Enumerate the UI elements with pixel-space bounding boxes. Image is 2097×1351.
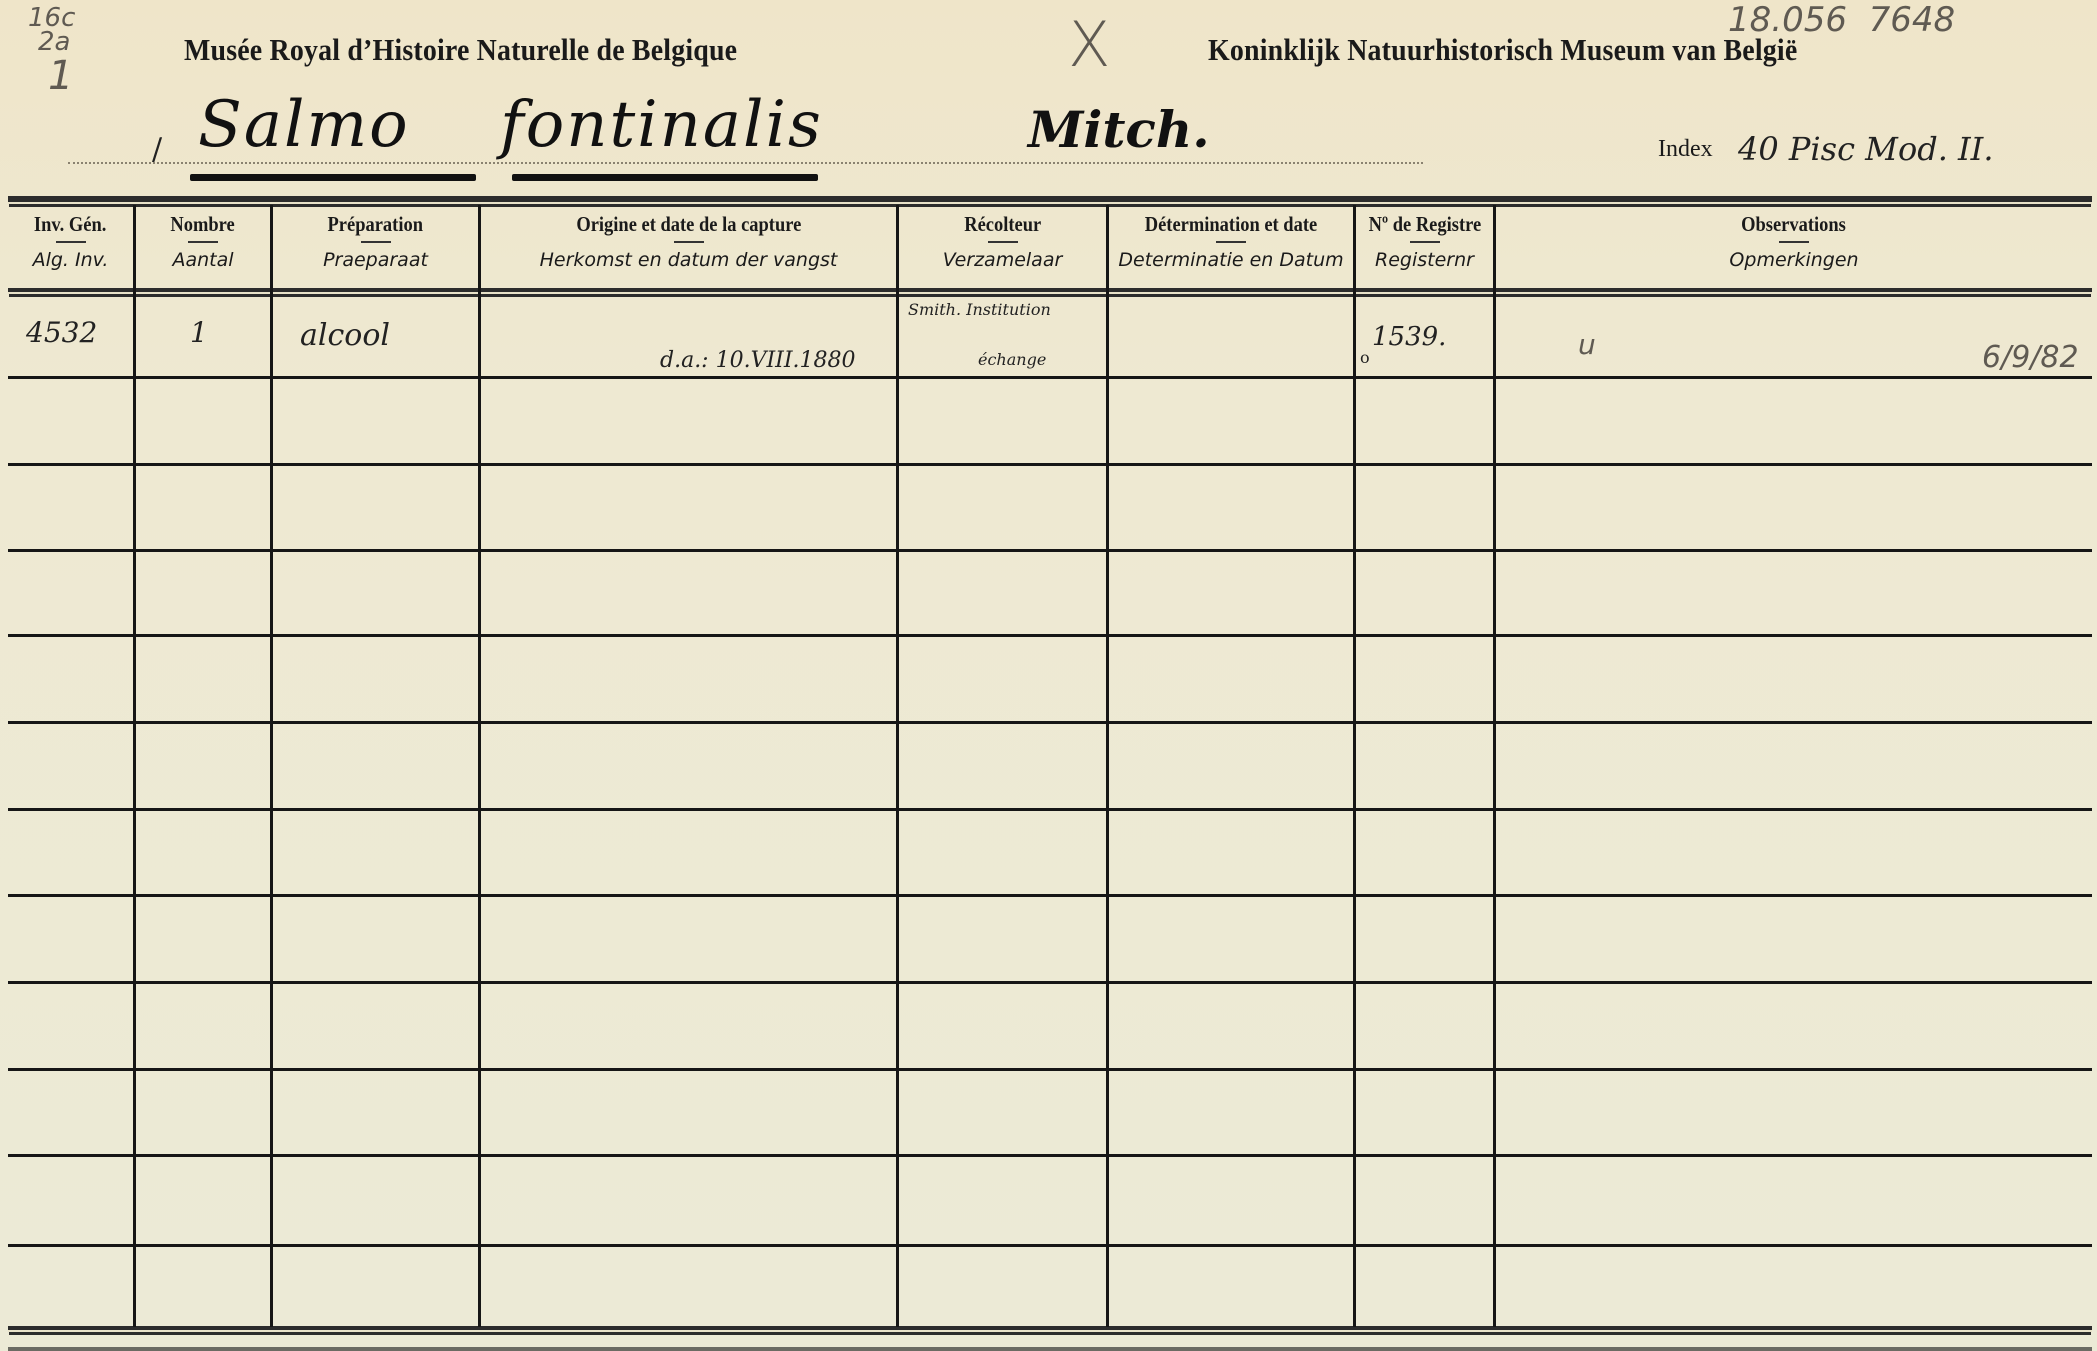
column-divider — [1106, 205, 1109, 1327]
row-rule — [8, 808, 2092, 811]
cell-registre-mark: o — [1360, 348, 1370, 367]
index-label: Index — [1658, 136, 1713, 163]
header-dash — [361, 241, 391, 243]
header-dash — [1779, 241, 1809, 243]
header-label-fr: Détermination et date — [1145, 212, 1317, 237]
header-dash — [674, 241, 704, 243]
species-epithet: fontinalis — [500, 88, 823, 162]
row-rule — [8, 463, 2092, 466]
cell-inv: 4532 — [26, 316, 97, 349]
column-header-inv: Inv. Gén. Alg. Inv. — [8, 212, 133, 288]
row-rule — [8, 376, 2092, 379]
header-label-nl: Verzamelaar — [943, 249, 1063, 271]
header-label-fr: Récolteur — [964, 212, 1041, 237]
museum-name-dutch: Koninklijk Natuurhistorisch Museum van B… — [1208, 32, 1797, 68]
cell-registre: 1539. — [1372, 322, 1446, 352]
page-bottom-rule — [8, 1347, 2092, 1351]
row-rule — [8, 1154, 2092, 1157]
header-label-fr: Nombre — [171, 212, 235, 237]
row-rule — [8, 634, 2092, 637]
cell-origine: d.a.: 10.VIII.1880 — [660, 348, 856, 373]
header-label-fr: Nº de Registre — [1368, 212, 1481, 237]
column-header-determination: Détermination et date Determinatie en Da… — [1109, 212, 1353, 288]
column-header-nombre: Nombre Aantal — [136, 212, 270, 288]
pencil-catalog-number: 18.056 7648 — [1728, 0, 1955, 40]
cell-observations-mark: u — [1578, 328, 1596, 361]
header-label-nl: Determinatie en Datum — [1118, 249, 1343, 271]
header-label-nl: Aantal — [172, 249, 233, 271]
column-header-origine: Origine et date de la capture Herkomst e… — [481, 212, 896, 288]
pencil-annotation-line: 2a — [38, 30, 75, 54]
header-dash — [1410, 241, 1440, 243]
column-divider — [1493, 205, 1496, 1327]
header-bottom-rule — [8, 288, 2092, 294]
epithet-underline — [512, 174, 818, 181]
row-rule — [8, 549, 2092, 552]
column-header-recolteur: Récolteur Verzamelaar — [899, 212, 1106, 288]
row-rule — [8, 1068, 2092, 1071]
row-rule — [8, 1244, 2092, 1247]
header-dash — [988, 241, 1018, 243]
museum-name-french: Musée Royal d’Histoire Naturelle de Belg… — [184, 32, 737, 68]
header-label-nl: Registernr — [1375, 249, 1474, 271]
header-label-fr: Préparation — [328, 212, 423, 237]
column-divider — [478, 205, 481, 1327]
column-divider — [133, 205, 136, 1327]
header-label-nl: Herkomst en datum der vangst — [540, 249, 838, 271]
index-value: 40 Pisc Mod. II. — [1738, 130, 1993, 168]
column-header-preparation: Préparation Praeparaat — [273, 212, 478, 288]
pencil-annotation-line: 1 — [48, 54, 75, 98]
species-author: Mitch. — [1028, 100, 1210, 159]
pencil-cross-mark: X — [1068, 8, 1110, 81]
column-divider — [1353, 205, 1356, 1327]
cell-nombre: 1 — [190, 316, 208, 349]
header-label-nl: Opmerkingen — [1729, 249, 1858, 271]
row-rule — [8, 894, 2092, 897]
column-header-registre: Nº de Registre Registernr — [1356, 212, 1493, 288]
header-dash — [188, 241, 218, 243]
species-slash-mark: / — [152, 132, 162, 167]
table-bottom-rule — [8, 1326, 2092, 1332]
header-label-nl: Alg. Inv. — [33, 249, 109, 271]
column-divider — [270, 205, 273, 1327]
cell-observations-date: 6/9/82 — [1982, 340, 2079, 375]
cell-recolteur-line1: Smith. Institution — [908, 300, 1051, 319]
header-dash — [1216, 241, 1246, 243]
pencil-annotation-top-left: 16c 2a 1 — [28, 6, 75, 98]
cell-recolteur-line2: échange — [978, 350, 1046, 369]
column-divider — [896, 205, 899, 1327]
cell-preparation: alcool — [300, 318, 390, 353]
table-top-rule — [8, 196, 2092, 204]
genus-underline — [190, 174, 476, 181]
column-header-observations: Observations Opmerkingen — [1496, 212, 2092, 288]
species-genus: Salmo — [198, 88, 410, 162]
row-rule — [8, 981, 2092, 984]
header-label-fr: Inv. Gén. — [34, 212, 106, 237]
species-dotted-baseline — [68, 162, 1423, 164]
header-label-nl: Praeparaat — [323, 249, 428, 271]
header-dash — [56, 241, 86, 243]
header-label-fr: Observations — [1742, 212, 1847, 237]
header-label-fr: Origine et date de la capture — [576, 212, 801, 237]
row-rule — [8, 721, 2092, 724]
